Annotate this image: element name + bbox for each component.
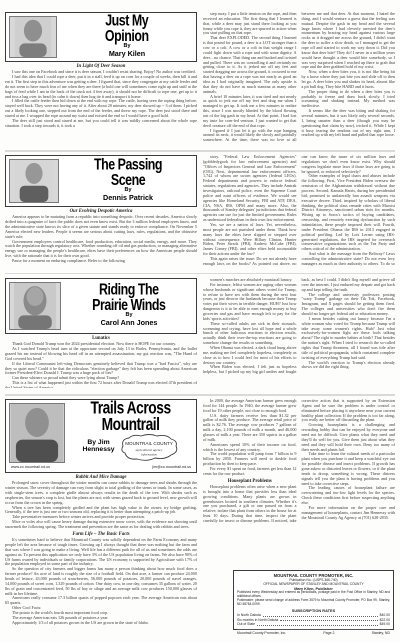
prairie-winds-header-box: Riding ThePrairie Winds By Carol Ann Jon…	[5, 278, 197, 334]
subscription-rate-row: Out of State$49.00	[237, 622, 390, 627]
paragraph: It's sometimes hard to believe that Moun…	[5, 538, 197, 567]
title-line-2: Prairie Winds	[92, 295, 165, 313]
email-link: jim@co.mountrail.nd.us	[152, 465, 191, 469]
article-title-block: Trails AcrossMountrail By JimHennessy MO…	[69, 403, 193, 460]
just-my-opinion-header-box: Just MyOpinion By Mary Kilen	[5, 12, 197, 62]
headshot-silhouette-icon	[10, 404, 64, 462]
paragraph: Government employees control healthcare,…	[5, 240, 197, 259]
rabbit-mice-paragraphs: Prolonged snow cover throughout the wint…	[5, 481, 197, 530]
rate-value: $49.00	[380, 622, 390, 627]
article-passing-scene-left: The PassingScene By Dennis Patrick Our E…	[5, 155, 197, 269]
byline-author: Mary Kilen	[109, 49, 145, 58]
passing-scene-header-box: The PassingScene By Dennis Patrick	[5, 155, 197, 207]
section-divider	[5, 150, 395, 152]
byline-author: By JimHennessy	[82, 440, 114, 454]
farm-facts-continuation-paragraphs: In 2000, the average American farmer gre…	[203, 399, 297, 477]
masthead-page-number: Page 2	[323, 631, 334, 635]
article-trails-mountrail-left: Trails AcrossMountrail By JimHennessy MO…	[5, 399, 197, 638]
article-title-block: The PassingScene By Dennis Patrick	[63, 159, 193, 203]
paragraph: I filled the cattle feeder then hid down…	[5, 99, 197, 118]
byline-author: Carol Ann Jones	[101, 318, 158, 327]
section-subhead: In Light Of Deer Season	[5, 64, 197, 69]
title-line-2: Mountrail	[102, 415, 160, 435]
title-line-2: Opinion	[105, 26, 149, 44]
website-link: www.co.mountrail.nd.us	[11, 465, 50, 469]
paragraph: Pause for a moment on enduring complianc…	[5, 259, 197, 264]
article-title-block: Riding ThePrairie Winds By Carol Ann Jon…	[65, 282, 193, 330]
title-line-2: Scene	[111, 170, 145, 188]
page: { "articles": [ { "title_line1": "Just M…	[0, 0, 400, 643]
newspaper-page: Just MyOpinion By Mary Kilen In Light Of…	[0, 0, 400, 643]
article-title: The PassingScene	[94, 157, 162, 187]
paragraph: I mean besides cutting out lunacy becaus…	[302, 317, 396, 361]
carol-ann-jones-headshot	[9, 282, 61, 330]
article-body-intro: I saw this one on Facebook and since it …	[5, 70, 197, 146]
paragraph: Other examples of legal chaos and abuses…	[302, 174, 396, 252]
paragraph: Growing houseplants is a challenging and…	[302, 423, 396, 452]
paragraph: The world's reaction to Trump's election…	[302, 361, 396, 371]
article-body-intro: America appears to be mutating from a re…	[5, 215, 197, 267]
paragraph: Take time to learn the cultural needs of…	[302, 452, 396, 486]
article-just-my-opinion-left: Just MyOpinion By Mary Kilen In Light Of…	[5, 12, 197, 148]
paragraph: The world population will jump from 7 bi…	[203, 452, 297, 467]
rate-label: Out of State	[237, 622, 255, 627]
section-divider	[5, 273, 395, 275]
dotted-leader	[280, 620, 377, 621]
paragraph: story. "Federal Law Enforcement Agencies…	[203, 155, 297, 223]
article-title-block: Just MyOpinion By Mary Kilen	[61, 16, 193, 58]
section-subhead: Rabbit And Mice Damage	[5, 475, 197, 480]
paragraph: That deer EXPLODED. The second thing I l…	[203, 36, 297, 94]
paragraph: A brief 10 minutes later, it was tired a…	[203, 95, 297, 129]
mountrail-county-map-doodle-icon: MOUNTRAIL COUNTY agricultural agency inf…	[118, 433, 180, 461]
paragraph: If the Liberal Communist left-wing Democ…	[5, 362, 197, 377]
masthead-footer-paper-name: Mountrail County Promoter, Inc.	[237, 631, 286, 635]
paragraph: These so-called adults are sick in their…	[203, 322, 297, 346]
article-just-my-opinion-continuation: step away. I put a little tension on the…	[203, 12, 395, 148]
article-body-intro: Thank God Donald Trump won the 2024 pres…	[5, 342, 197, 388]
byline-author-name: Hennessy	[82, 446, 114, 453]
paragraph: The leading causes of houseplant failure…	[302, 486, 396, 505]
paragraph: Now, when a deer bites you, it is not li…	[302, 70, 396, 89]
map-doodle-caption-2: information	[141, 452, 157, 456]
paragraph: Mice or voles also will cause heavy dama…	[5, 520, 197, 530]
paragraph: The proper thing to do when a deer bites…	[302, 90, 396, 109]
masthead-box: MOUNTRAIL COUNTY PROMOTER, INC. Publicat…	[233, 570, 394, 630]
paragraph: Yes, we are a nation of laws. Yet, never…	[203, 223, 297, 257]
farm-facts-paragraphs: It's sometimes hard to believe that Moun…	[5, 538, 197, 625]
article-title: Riding ThePrairie Winds	[92, 282, 165, 312]
article-passing-scene-continuation: story. "Federal Law Enforcement Agencies…	[203, 155, 395, 269]
paragraph: For every $1 spent on food, farmers get …	[203, 467, 297, 477]
trails-header-main-row: Trails AcrossMountrail By JimHennessy MO…	[9, 403, 193, 460]
article-prairie-winds-continuation: women's marches are absolutely maniacal …	[203, 278, 395, 391]
article-prairie-winds-left: Riding ThePrairie Winds By Carol Ann Jon…	[5, 278, 197, 390]
mary-kilen-headshot	[9, 16, 57, 58]
paragraph: The deer still just stood and stared at …	[5, 119, 197, 129]
byline-author: Dennis Patrick	[103, 193, 153, 202]
article-body-intro: Prolonged snow cover throughout the wint…	[5, 481, 197, 636]
article-trails-mountrail-continuation: In 2000, the average American farmer gre…	[203, 399, 395, 566]
trails-links-row: www.co.mountrail.nd.us jim@co.mountrail.…	[9, 465, 193, 469]
article-body-continuation: story. "Federal Law Enforcement Agencies…	[203, 155, 395, 269]
masthead-footer-city: Stanley, ND	[372, 631, 390, 635]
paragraph: Approximately 1/3 of all potatoes grown …	[5, 621, 197, 626]
article-title: Just MyOpinion	[105, 13, 149, 43]
masthead-footer-row: Mountrail County Promoter, Inc. Page 2 S…	[237, 629, 390, 635]
headshot-silhouette-icon	[10, 283, 60, 329]
paragraph: It seems like the deer was biting and sh…	[302, 109, 396, 138]
paragraph: Prolonged snow cover throughout the wint…	[5, 481, 197, 505]
paragraph: This is a list of what happened just wit…	[5, 381, 197, 388]
section-subhead: Lunatics	[5, 336, 197, 341]
jim-hennessy-headshot	[9, 403, 65, 463]
paragraph: U.S. dairy farmers receive less than $1.…	[203, 414, 297, 443]
dotted-leader	[263, 616, 378, 617]
headshot-silhouette-icon	[10, 17, 56, 57]
masthead-official-line: OFFICIAL NEWSPAPER OF STANLEY AND MOUNTR…	[237, 582, 390, 586]
article-body-continuation: step away. I put a little tension on the…	[203, 12, 395, 148]
article-title: Trails AcrossMountrail	[91, 400, 171, 434]
dotted-leader	[257, 625, 378, 626]
trails-byline-row: By JimHennessy MOUNTRAIL COUNTY agricult…	[82, 433, 179, 461]
paragraph: The college and university professors po…	[302, 293, 396, 317]
section-divider	[5, 394, 395, 396]
section-subhead: Our Evolving Despotic America	[5, 209, 197, 214]
article-body-continuation: In 2000, the average American farmer gre…	[203, 399, 395, 566]
paragraph: As I watched Trump's head turn at the op…	[5, 347, 197, 362]
paragraph: For more information on the proper care …	[302, 506, 396, 521]
paragraph: For instance, leftist women are urging o…	[203, 283, 297, 322]
paragraph: So the question of city farmers and bigg…	[5, 567, 197, 596]
map-doodle-title: MOUNTRAIL COUNTY	[125, 441, 173, 446]
paragraph: When Obama was elected, a dark cloud hun…	[203, 346, 297, 365]
trails-mountrail-header-box: Trails AcrossMountrail By JimHennessy MO…	[5, 399, 197, 473]
headshot-silhouette-icon	[10, 160, 58, 202]
dennis-patrick-headshot	[9, 159, 59, 203]
paragraph: In 2000, the average American farmer gre…	[203, 399, 297, 414]
masthead-postmaster-info: Postmaster: please send change of addres…	[237, 599, 390, 607]
paragraph: I had this idea that I could rope a deer…	[5, 75, 197, 99]
map-doodle-caption-1: agricultural agency	[135, 448, 162, 452]
paragraph: America appears to be mutating from a re…	[5, 215, 197, 239]
paragraph: step away. I put a little tension on the…	[203, 12, 297, 36]
article-body-continuation: women's marches are absolutely maniacal …	[203, 278, 395, 391]
